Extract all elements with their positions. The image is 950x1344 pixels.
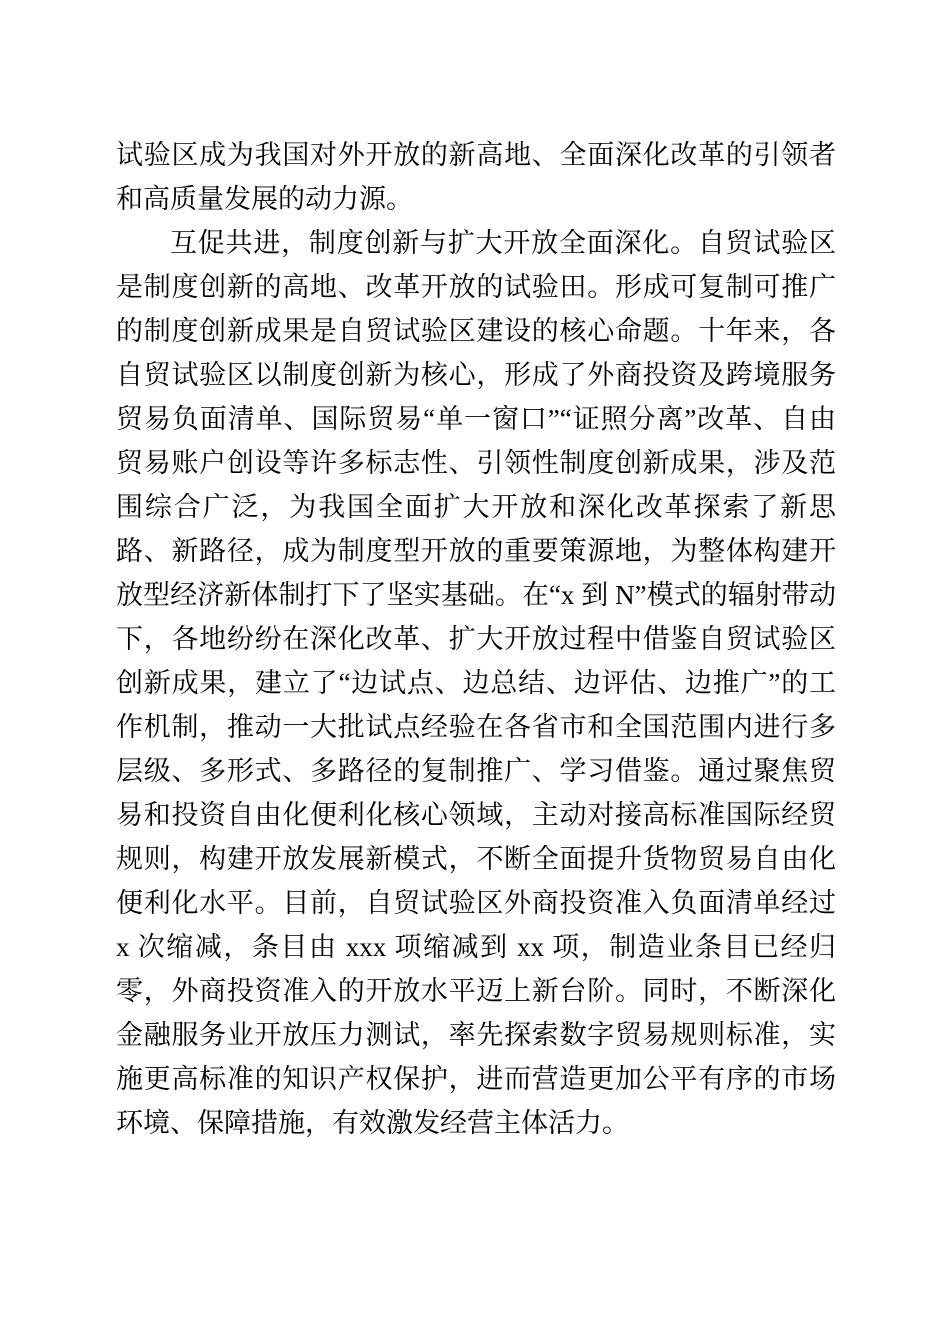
document-page: 试验区成为我国对外开放的新高地、全面深化改革的引领者和高质量发展的动力源。 互促… [0,0,950,1344]
paragraph-continued: 试验区成为我国对外开放的新高地、全面深化改革的引领者和高质量发展的动力源。 [116,133,836,221]
paragraph-body: 互促共进，制度创新与扩大开放全面深化。自贸试验区是制度创新的高地、改革开放的试验… [116,221,836,1145]
